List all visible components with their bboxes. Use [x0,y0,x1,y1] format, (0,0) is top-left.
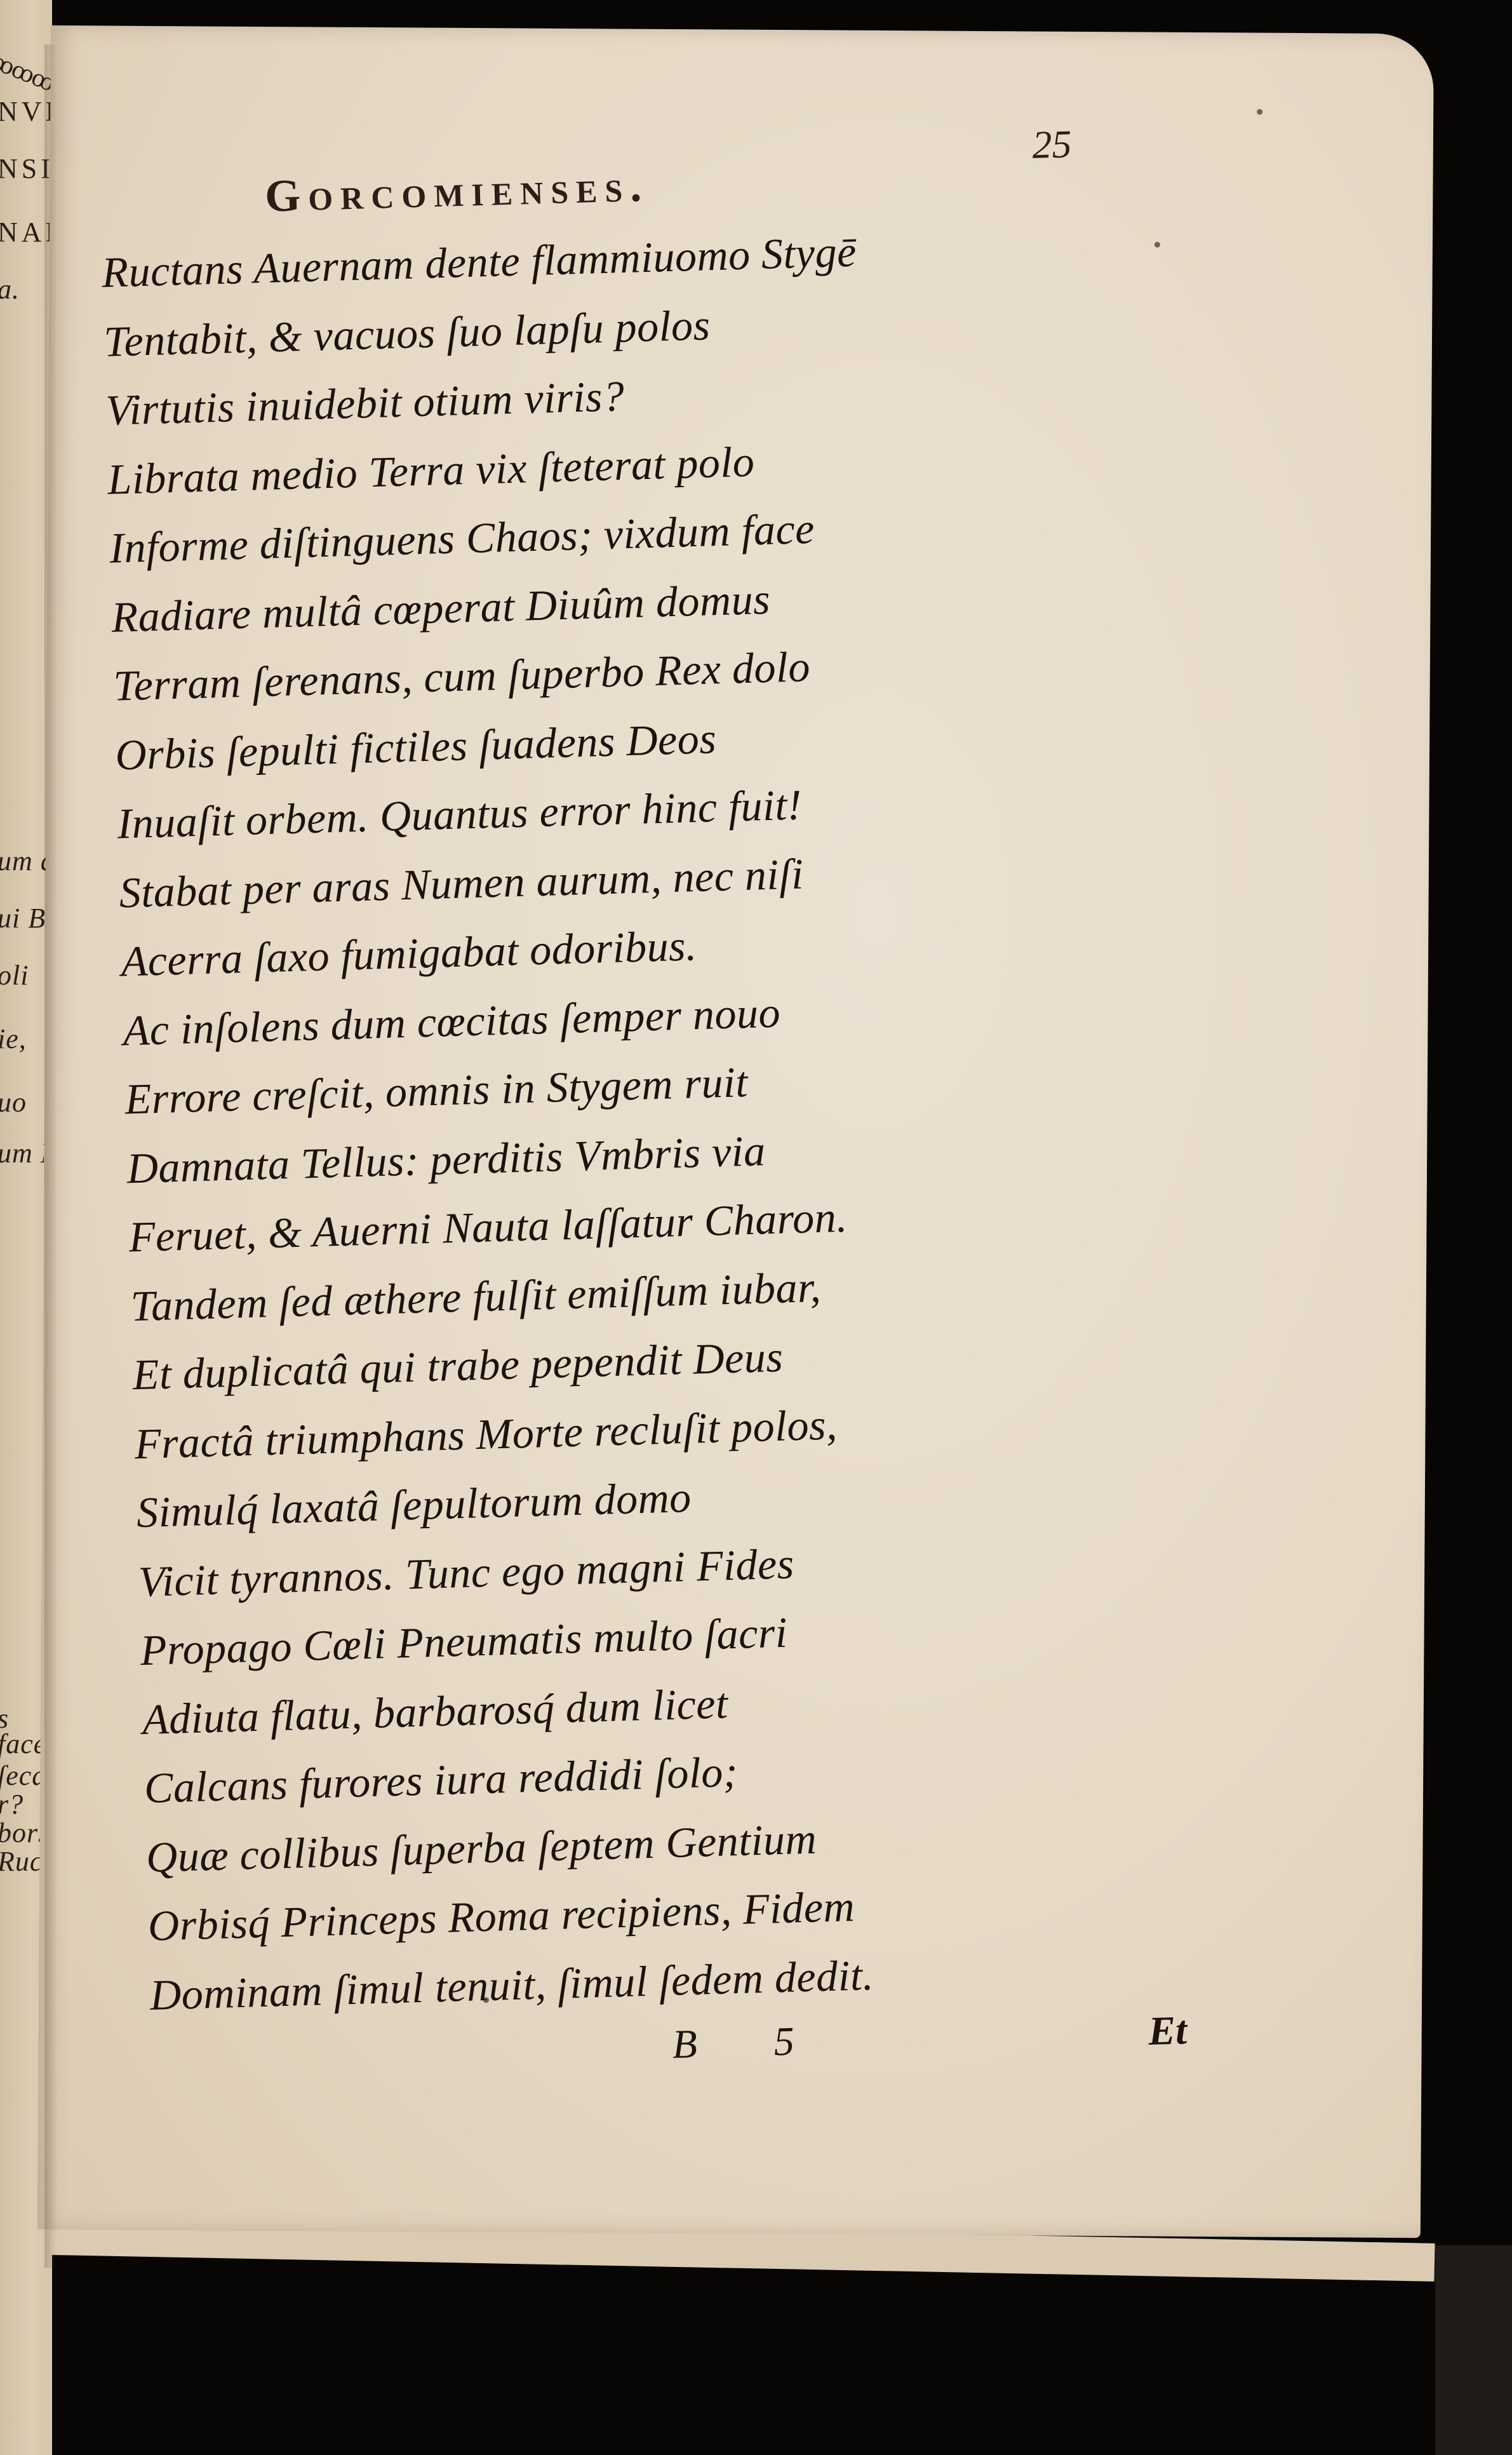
signature-number: 5 [773,2018,795,2066]
gutter-fold [44,44,57,2268]
table-surface [1435,2245,1512,2455]
text-block: Gorcomienses. 25 Ructans Auernam dente f… [98,119,1232,2106]
verse-lines: Ructans Auernam dente flammiuomo Stygē T… [101,208,1230,2029]
catchword: Et [1147,2007,1188,2055]
running-title: Gorcomienses. [264,159,650,223]
facing-fragment: ie, [0,1023,27,1055]
facing-fragment: uo [0,1086,27,1119]
facing-fragment: a. [0,273,20,306]
facing-fragment: r? [0,1788,23,1820]
paper-speck [1257,109,1262,115]
signature-mark: B [672,2021,698,2068]
facing-fragment: oli [0,959,29,992]
page-number: 25 [1031,122,1072,168]
